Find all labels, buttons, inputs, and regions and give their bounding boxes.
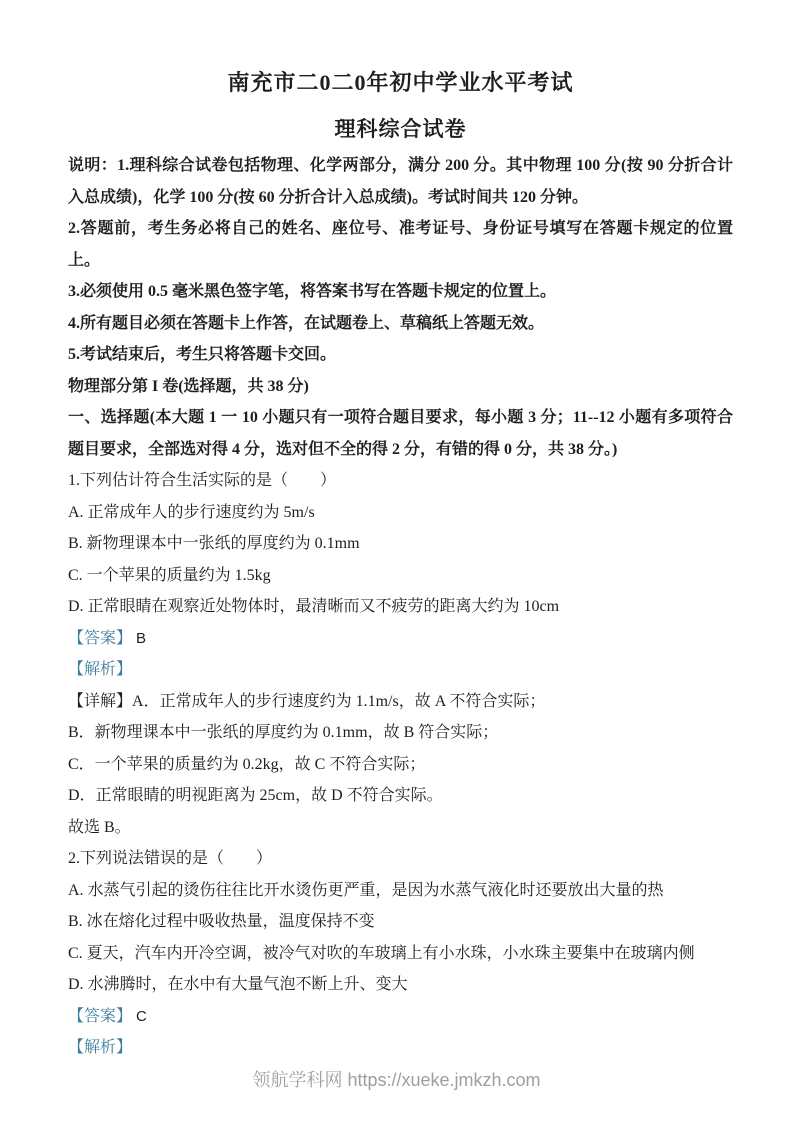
q2-option-a: A. 水蒸气引起的烫伤往往比开水烫伤更严重，是因为水蒸气液化时还要放出大量的热 bbox=[68, 875, 733, 907]
q1-option-d: D. 正常眼睛在观察近处物体时，最清晰而又不疲劳的距离大约为 10cm bbox=[68, 591, 733, 623]
page-subtitle: 理科综合试卷 bbox=[68, 114, 733, 144]
q1-stem: 1.下列估计符合生活实际的是（ ） bbox=[68, 465, 733, 497]
q1-detail-label: 【详解】 bbox=[68, 693, 132, 710]
q1-analysis-row: 【解析】 bbox=[68, 654, 733, 686]
instruction-line-4: 4.所有题目必须在答题卡上作答，在试题卷上、草稿纸上答题无效。 bbox=[68, 308, 733, 340]
instruction-line-5: 5.考试结束后，考生只将答题卡交回。 bbox=[68, 339, 733, 371]
q2-analysis-row: 【解析】 bbox=[68, 1032, 733, 1064]
q2-option-b: B. 冰在熔化过程中吸收热量，温度保持不变 bbox=[68, 906, 733, 938]
q1-conclusion: 故选 B。 bbox=[68, 812, 733, 844]
q2-answer-row: 【答案】C bbox=[68, 1001, 733, 1033]
q1-option-a: A. 正常成年人的步行速度约为 5m/s bbox=[68, 497, 733, 529]
instruction-line-2: 2.答题前，考生务必将自己的姓名、座位号、准考证号、身份证号填写在答题卡规定的位… bbox=[68, 213, 733, 276]
q1-option-c: C. 一个苹果的质量约为 1.5kg bbox=[68, 560, 733, 592]
q1-detail-text-1: A．正常成年人的步行速度约为 1.1m/s，故 A 不符合实际； bbox=[132, 693, 545, 710]
instruction-line-3: 3.必须使用 0.5 毫米黑色签字笔，将答案书写在答题卡规定的位置上。 bbox=[68, 276, 733, 308]
q2-answer-label: 【答案】 bbox=[68, 1008, 132, 1025]
exam-paper-page: 南充市二0二0年初中学业水平考试 理科综合试卷 说明：1.理科综合试卷包括物理、… bbox=[0, 0, 793, 1064]
q1-answer-row: 【答案】B bbox=[68, 623, 733, 655]
q2-option-d: D. 水沸腾时，在水中有大量气泡不断上升、变大 bbox=[68, 969, 733, 1001]
q1-option-b: B. 新物理课本中一张纸的厚度约为 0.1mm bbox=[68, 528, 733, 560]
section-header: 物理部分第 I 卷(选择题，共 38 分) bbox=[68, 371, 733, 403]
q2-stem: 2.下列说法错误的是（ ） bbox=[68, 843, 733, 875]
exam-document: { "colors": { "accent": "#3f7d9e", "text… bbox=[0, 0, 793, 1122]
q1-detail-line-1: 【详解】A．正常成年人的步行速度约为 1.1m/s，故 A 不符合实际； bbox=[68, 686, 733, 718]
q1-analysis-label: 【解析】 bbox=[68, 661, 132, 678]
q1-answer-label: 【答案】 bbox=[68, 630, 132, 647]
q1-detail-line-2: B．新物理课本中一张纸的厚度约为 0.1mm，故 B 符合实际； bbox=[68, 717, 733, 749]
q2-answer-value: C bbox=[132, 1008, 147, 1025]
q2-option-c: C. 夏天，汽车内开冷空调，被冷气对吹的车玻璃上有小水珠，小水珠主要集中在玻璃内… bbox=[68, 938, 733, 970]
section-intro: 一、选择题(本大题 1 一 10 小题只有一项符合题目要求，每小题 3 分；11… bbox=[68, 402, 733, 465]
q2-analysis-label: 【解析】 bbox=[68, 1039, 132, 1056]
watermark-footer: 领航学科网 https://xueke.jmkzh.com bbox=[0, 1066, 793, 1092]
document-body: 说明：1.理科综合试卷包括物理、化学两部分，满分 200 分。其中物理 100 … bbox=[68, 150, 733, 1064]
instruction-line-1: 说明：1.理科综合试卷包括物理、化学两部分，满分 200 分。其中物理 100 … bbox=[68, 150, 733, 213]
q1-answer-value: B bbox=[132, 630, 146, 647]
q1-detail-line-3: C．一个苹果的质量约为 0.2kg，故 C 不符合实际； bbox=[68, 749, 733, 781]
page-title: 南充市二0二0年初中学业水平考试 bbox=[68, 68, 733, 98]
q1-detail-line-4: D．正常眼睛的明视距离为 25cm，故 D 不符合实际。 bbox=[68, 780, 733, 812]
